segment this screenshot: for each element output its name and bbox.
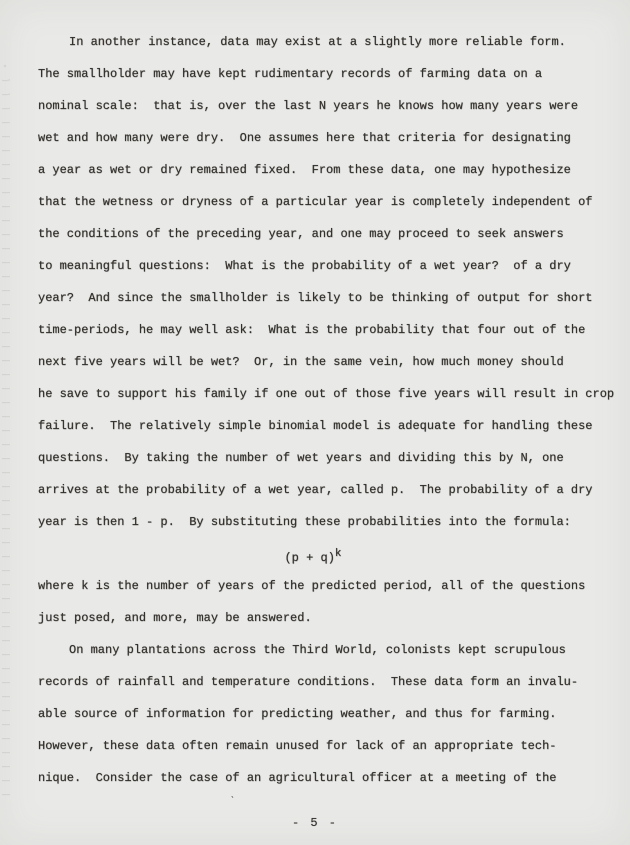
text-line: year is then 1 - p. By substituting thes… (38, 506, 608, 538)
text-line: wet and how many were dry. One assumes h… (38, 122, 608, 154)
text-line: able source of information for predictin… (38, 698, 608, 730)
text-line: he save to support his family if one out… (38, 378, 608, 410)
page-number: - 5 - (0, 813, 630, 833)
scan-edge-speckles (2, 60, 10, 800)
text-line: year? And since the smallholder is likel… (38, 282, 608, 314)
scan-artifact: ` (227, 795, 236, 808)
text-line: just posed, and more, may be answered. (38, 602, 608, 634)
text-line: However, these data often remain unused … (38, 730, 608, 762)
text-line: that the wetness or dryness of a particu… (38, 186, 608, 218)
text-line: where k is the number of years of the pr… (38, 570, 608, 602)
formula-exponent: k (335, 548, 342, 560)
text-line: The smallholder may have kept rudimentar… (38, 58, 608, 90)
text-line: a year as wet or dry remained fixed. Fro… (38, 154, 608, 186)
text-line: nique. Consider the case of an agricultu… (38, 762, 608, 794)
text-line: failure. The relatively simple binomial … (38, 410, 608, 442)
text-line: the conditions of the preceding year, an… (38, 218, 608, 250)
text-line: records of rainfall and temperature cond… (38, 666, 608, 698)
text-line: In another instance, data may exist at a… (38, 26, 608, 58)
text-line: On many plantations across the Third Wor… (38, 634, 608, 666)
text-line: to meaningful questions: What is the pro… (38, 250, 608, 282)
body-text: In another instance, data may exist at a… (38, 26, 608, 794)
formula-base: (p + q) (284, 551, 334, 565)
text-line: next five years will be wet? Or, in the … (38, 346, 608, 378)
text-line: questions. By taking the number of wet y… (38, 442, 608, 474)
text-line: nominal scale: that is, over the last N … (38, 90, 608, 122)
text-line: arrives at the probability of a wet year… (38, 474, 608, 506)
formula: (p + q)k (38, 538, 608, 570)
document-page: In another instance, data may exist at a… (0, 0, 630, 845)
text-line: time-periods, he may well ask: What is t… (38, 314, 608, 346)
